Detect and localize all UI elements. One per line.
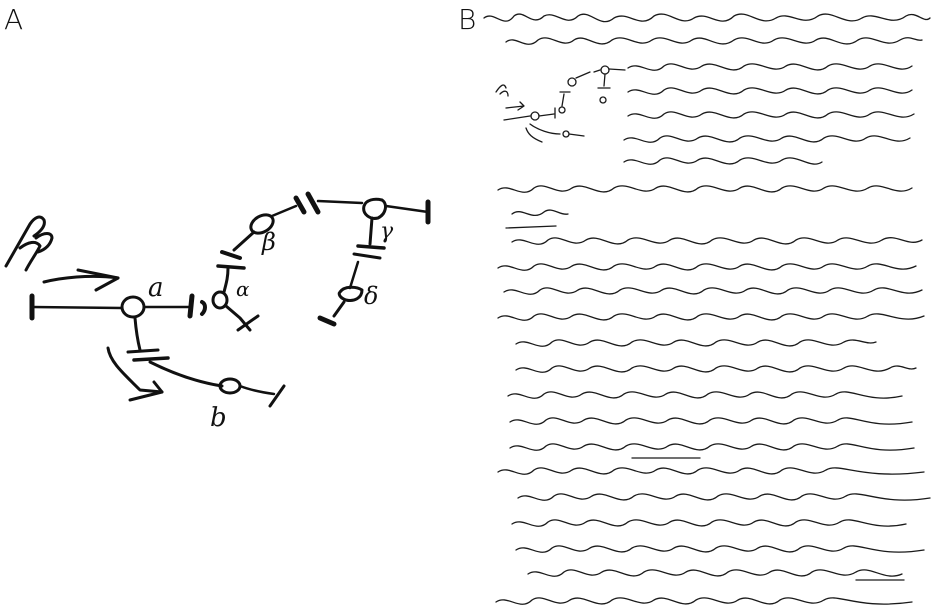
axon-to-b [150, 362, 222, 386]
node-delta [339, 287, 362, 300]
curved-arrow-a-b [108, 348, 162, 392]
terminal-delta [320, 318, 334, 324]
axon-to-delta [350, 262, 358, 288]
barrier-a-b-2 [134, 358, 168, 360]
barrier-beta-gamma-2 [308, 194, 318, 212]
node-label-b: b [210, 403, 227, 433]
barrier-alpha-beta-lower [218, 266, 244, 268]
node-gamma [364, 199, 386, 218]
axon-left-a [32, 307, 122, 308]
input-arrowhead [78, 270, 118, 290]
axon-alpha-down [226, 306, 250, 330]
barrier-a-alpha-2 [202, 302, 205, 314]
embedded-neuron-diagram [496, 66, 625, 142]
barrier-gamma-delta-1 [358, 246, 384, 248]
node-label-beta: β [261, 228, 276, 256]
node-label-gamma: γ [380, 219, 394, 244]
axon-beta-gamma [272, 206, 296, 216]
axon-a-down [135, 318, 140, 350]
barrier-a-alpha [190, 296, 192, 316]
node-label-alpha: α [236, 277, 250, 301]
manuscript-text [484, 14, 930, 604]
axon-delta-down [334, 302, 344, 316]
barrier-a-b-1 [128, 350, 158, 352]
axon-beta-down [234, 232, 254, 250]
barrier-beta-gamma-1 [296, 198, 304, 212]
dendrite-alpha-up [224, 268, 228, 292]
barrier-alpha-beta-upper [222, 252, 240, 258]
axon-b-right [240, 386, 274, 394]
node-label-delta: δ [364, 282, 378, 310]
axon-to-gamma [318, 201, 362, 203]
node-a [122, 297, 144, 317]
barrier-gamma-delta-2 [354, 254, 380, 258]
terminal-b [270, 386, 284, 406]
node-label-a: a [148, 273, 164, 303]
dendrite-gamma-down [370, 218, 372, 244]
axon-gamma-right [386, 206, 428, 212]
neuron-diagram-a: a α β γ δ b [0, 0, 470, 616]
q-eta-symbol [6, 217, 52, 270]
